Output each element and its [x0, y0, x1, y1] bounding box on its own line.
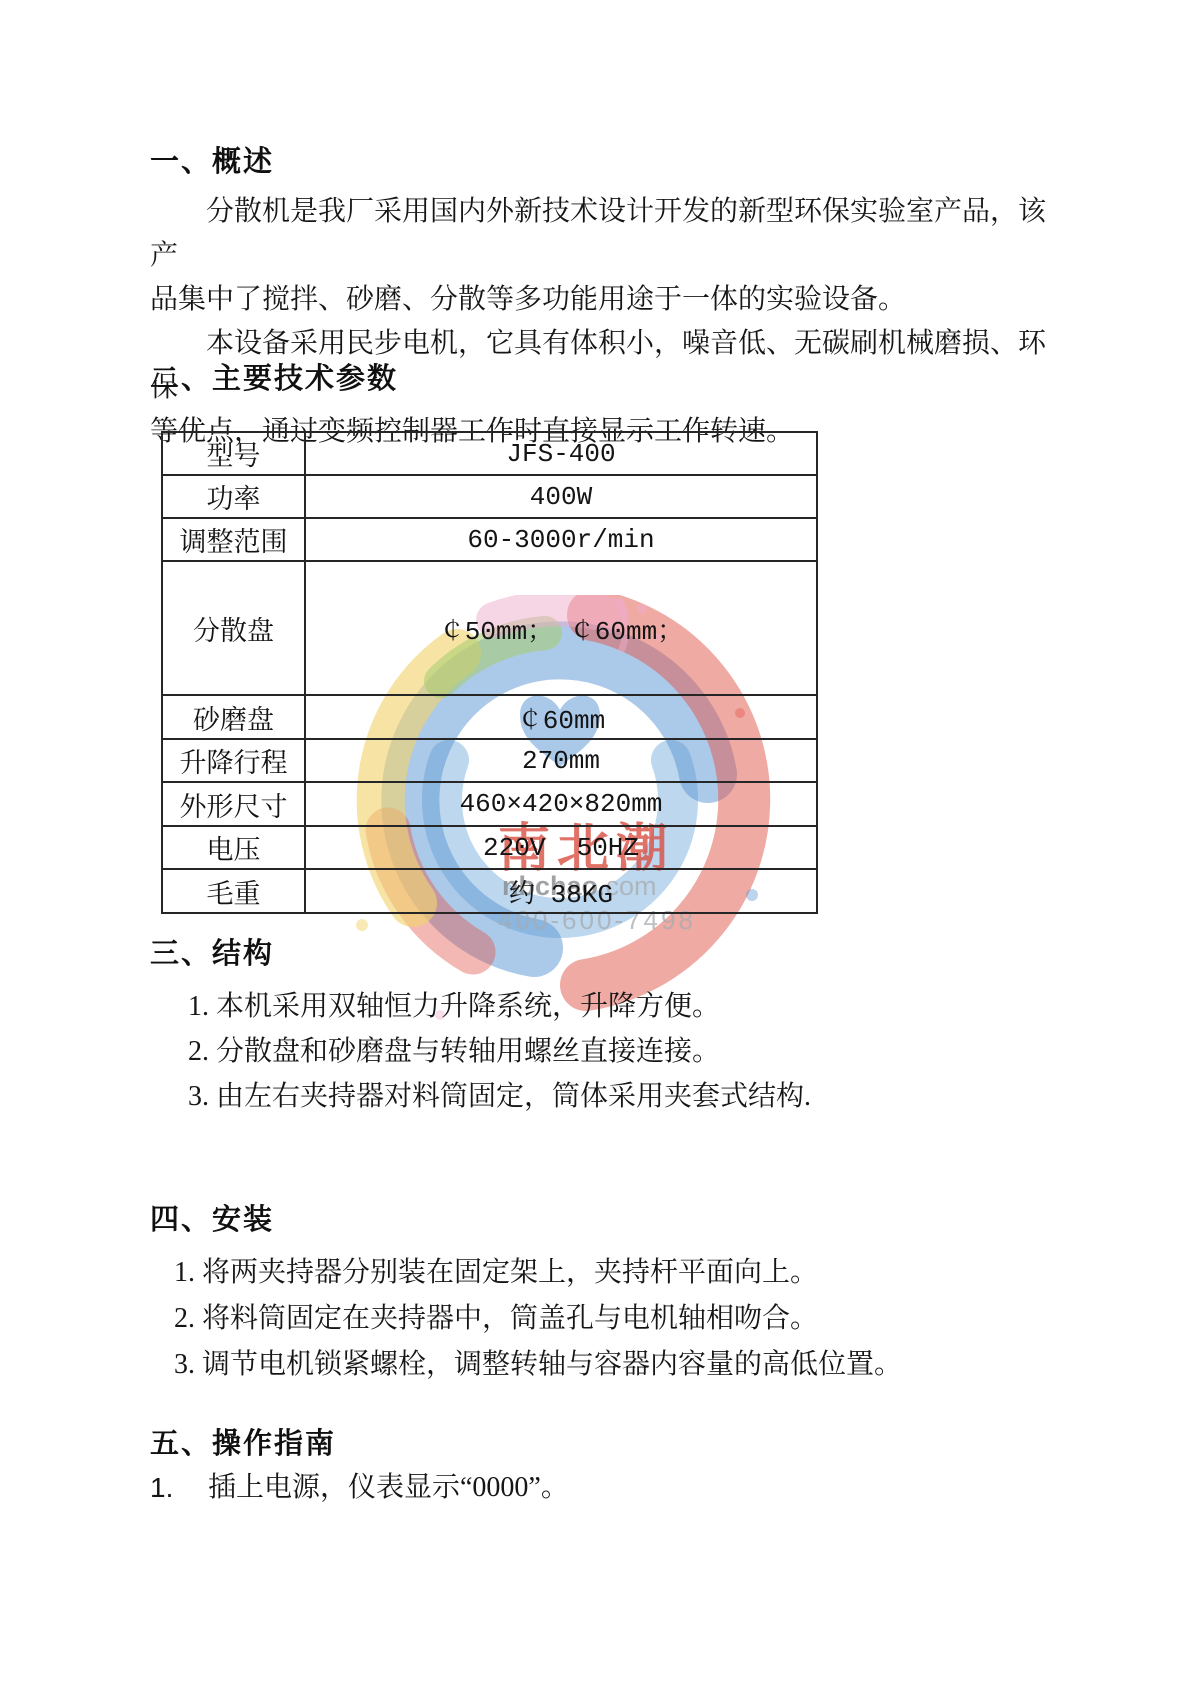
- section-heading-specs: 二、主要技术参数: [150, 363, 398, 395]
- item-text: 由左右夹持器对料筒固定，筒体采用夹套式结构.: [216, 1081, 811, 1112]
- spec-label: 调整范围: [162, 518, 305, 561]
- item-number: 2.: [188, 1036, 209, 1067]
- list-item: 3.由左右夹持器对料筒固定，筒体采用夹套式结构.: [150, 1074, 811, 1119]
- list-item: 1.将两夹持器分别装在固定架上，夹持杆平面向上。: [150, 1250, 902, 1296]
- table-row: 型号 JFS-400: [162, 432, 817, 475]
- spec-value: 400W: [305, 475, 817, 518]
- table-row: 调整范围 60-3000r/min: [162, 518, 817, 561]
- table-row: 砂磨盘 ￠60mm: [162, 695, 817, 739]
- item-number: 2.: [174, 1303, 195, 1334]
- list-item: 1.插上电源，仪表显示“0000”。: [150, 1470, 569, 1506]
- item-text: 调节电机锁紧螺栓，调整转轴与容器内容量的高低位置。: [202, 1349, 902, 1380]
- install-list: 1.将两夹持器分别装在固定架上，夹持杆平面向上。 2.将料筒固定在夹持器中，筒盖…: [150, 1250, 902, 1388]
- spec-label: 外形尺寸: [162, 782, 305, 826]
- table-row: 功率 400W: [162, 475, 817, 518]
- item-number: 1.: [150, 1470, 208, 1506]
- spec-value: 约 38KG: [305, 869, 817, 913]
- table-row: 电压 220V 50HZ: [162, 826, 817, 869]
- item-text: 本机采用双轴恒力升降系统，升降方便。: [216, 991, 720, 1022]
- spec-label: 电压: [162, 826, 305, 869]
- spec-value: 270mm: [305, 739, 817, 782]
- item-number: 3.: [174, 1349, 195, 1380]
- structure-list: 1.本机采用双轴恒力升降系统，升降方便。 2.分散盘和砂磨盘与转轴用螺丝直接连接…: [150, 984, 811, 1119]
- spec-label: 升降行程: [162, 739, 305, 782]
- item-number: 3.: [188, 1081, 209, 1112]
- item-text: 分散盘和砂磨盘与转轴用螺丝直接连接。: [216, 1036, 720, 1067]
- spec-value: ￠60mm: [305, 695, 817, 739]
- section-heading-structure: 三、结构: [150, 938, 274, 970]
- section-heading-overview: 一、概述: [150, 146, 274, 178]
- spec-value: 460×420×820mm: [305, 782, 817, 826]
- list-item: 3.调节电机锁紧螺栓，调整转轴与容器内容量的高低位置。: [150, 1342, 902, 1388]
- item-text: 将料筒固定在夹持器中，筒盖孔与电机轴相吻合。: [202, 1303, 818, 1334]
- overview-paragraphs: 分散机是我厂采用国内外新技术设计开发的新型环保实验室产品，该产 品集中了搅拌、砂…: [150, 190, 1068, 454]
- spec-label: 砂磨盘: [162, 695, 305, 739]
- table-row: 分散盘 ￠50mm； ￠60mm；: [162, 561, 817, 695]
- spec-label: 毛重: [162, 869, 305, 913]
- table-row: 外形尺寸 460×420×820mm: [162, 782, 817, 826]
- table-row: 毛重 约 38KG: [162, 869, 817, 913]
- document-content: 一、概述 分散机是我厂采用国内外新技术设计开发的新型环保实验室产品，该产 品集中…: [0, 0, 1200, 1697]
- item-text: 将两夹持器分别装在固定架上，夹持杆平面向上。: [202, 1257, 818, 1288]
- spec-label: 型号: [162, 432, 305, 475]
- list-item: 2.将料筒固定在夹持器中，筒盖孔与电机轴相吻合。: [150, 1296, 902, 1342]
- list-item: 1.本机采用双轴恒力升降系统，升降方便。: [150, 984, 811, 1029]
- spec-value: 60-3000r/min: [305, 518, 817, 561]
- item-number: 1.: [174, 1257, 195, 1288]
- spec-value: ￠50mm； ￠60mm；: [305, 561, 817, 695]
- spec-label: 功率: [162, 475, 305, 518]
- operation-list: 1.插上电源，仪表显示“0000”。: [150, 1470, 569, 1506]
- section-heading-operation: 五、操作指南: [150, 1428, 336, 1460]
- manual-page: 南北潮 nbchao.com 400-600-7498 一、概述 分散机是我厂采…: [0, 0, 1200, 1697]
- spec-table: 型号 JFS-400 功率 400W 调整范围 60-3000r/min 分散盘…: [161, 431, 818, 914]
- list-item: 2.分散盘和砂磨盘与转轴用螺丝直接连接。: [150, 1029, 811, 1074]
- spec-value: 220V 50HZ: [305, 826, 817, 869]
- overview-paragraph-1: 分散机是我厂采用国内外新技术设计开发的新型环保实验室产品，该产 品集中了搅拌、砂…: [150, 190, 1068, 322]
- spec-value: JFS-400: [305, 432, 817, 475]
- item-number: 1.: [188, 991, 209, 1022]
- spec-label: 分散盘: [162, 561, 305, 695]
- item-text: 插上电源，仪表显示“0000”。: [208, 1470, 569, 1506]
- section-heading-install: 四、安装: [150, 1204, 274, 1236]
- table-row: 升降行程 270mm: [162, 739, 817, 782]
